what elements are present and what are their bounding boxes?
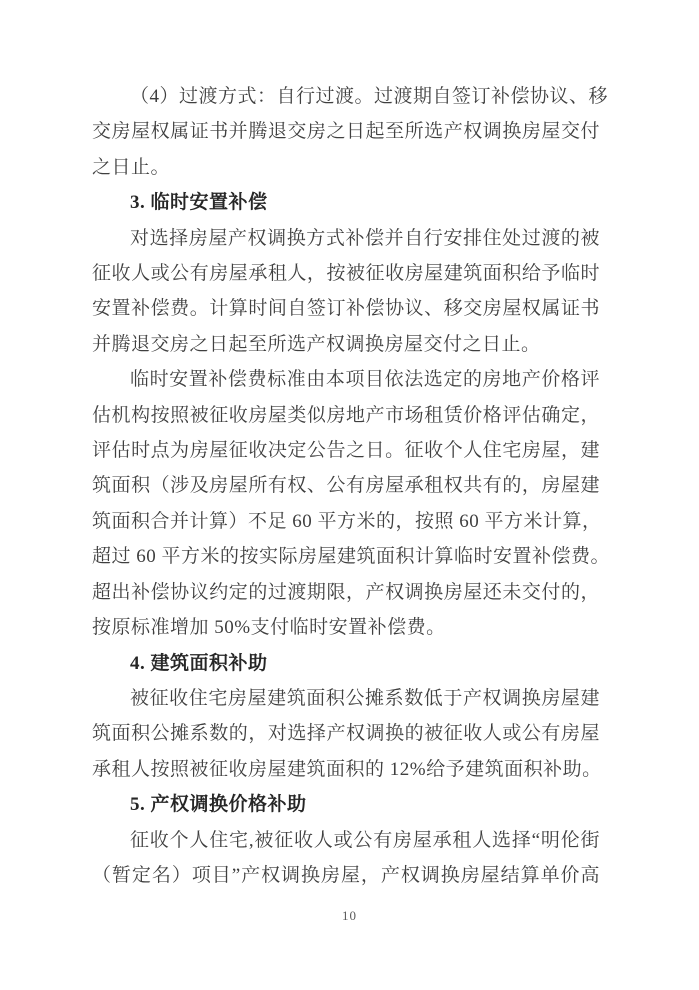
paragraph-line: 按原标准增加 50%支付临时安置补偿费。 — [92, 610, 600, 645]
paragraph-line: 承租人按照被征收房屋建筑面积的 12%给予建筑面积补助。 — [92, 752, 600, 787]
paragraph-line: 征收个人住宅,被征收人或公有房屋承租人选择“明伦街 — [92, 823, 600, 858]
paragraph: 临时安置补偿费标准由本项目依法选定的房地产价格评估机构按照被征收房屋类似房地产市… — [92, 362, 600, 645]
paragraph-line: 交房屋权属证书并腾退交房之日起至所选产权调换房屋交付 — [92, 114, 600, 149]
paragraph-line: 安置补偿费。计算时间自签订补偿协议、移交房屋权属证书 — [92, 291, 600, 326]
paragraph: 征收个人住宅,被征收人或公有房屋承租人选择“明伦街（暂定名）项目”产权调换房屋，… — [92, 823, 600, 894]
paragraph-line: 评估时点为房屋征收决定公告之日。征收个人住宅房屋，建 — [92, 433, 600, 468]
heading-line: 5. 产权调换价格补助 — [92, 787, 600, 822]
paragraph-line: 临时安置补偿费标准由本项目依法选定的房地产价格评 — [92, 362, 600, 397]
heading-line: 4. 建筑面积补助 — [92, 646, 600, 681]
paragraph: 被征收住宅房屋建筑面积公摊系数低于产权调换房屋建筑面积公摊系数的，对选择产权调换… — [92, 681, 600, 787]
paragraph-line: 之日止。 — [92, 150, 600, 185]
paragraph: 对选择房屋产权调换方式补偿并自行安排住处过渡的被征收人或公有房屋承租人，按被征收… — [92, 221, 600, 363]
paragraph-line: 对选择房屋产权调换方式补偿并自行安排住处过渡的被 — [92, 221, 600, 256]
paragraph-line: 超过 60 平方米的按实际房屋建筑面积计算临时安置补偿费。 — [92, 539, 600, 574]
paragraph-line: （4）过渡方式：自行过渡。过渡期自签订补偿协议、移 — [92, 79, 600, 114]
paragraph-line: 被征收住宅房屋建筑面积公摊系数低于产权调换房屋建 — [92, 681, 600, 716]
paragraph-line: 超出补偿协议约定的过渡期限，产权调换房屋还未交付的， — [92, 575, 600, 610]
paragraph-line: 筑面积（涉及房屋所有权、公有房屋承租权共有的，房屋建 — [92, 468, 600, 503]
section-heading: 5. 产权调换价格补助 — [92, 787, 600, 822]
paragraph-line: 征收人或公有房屋承租人，按被征收房屋建筑面积给予临时 — [92, 256, 600, 291]
paragraph-line: 筑面积合并计算）不足 60 平方米的，按照 60 平方米计算， — [92, 504, 600, 539]
paragraph-line: 筑面积公摊系数的，对选择产权调换的被征收人或公有房屋 — [92, 716, 600, 751]
document-page: （4）过渡方式：自行过渡。过渡期自签订补偿协议、移交房屋权属证书并腾退交房之日起… — [0, 0, 699, 990]
paragraph-line: （暂定名）项目”产权调换房屋，产权调换房屋结算单价高 — [92, 858, 600, 893]
paragraph-line: 估机构按照被征收房屋类似房地产市场租赁价格评估确定， — [92, 398, 600, 433]
text-column: （4）过渡方式：自行过渡。过渡期自签订补偿协议、移交房屋权属证书并腾退交房之日起… — [92, 79, 600, 893]
heading-line: 3. 临时安置补偿 — [92, 185, 600, 220]
section-heading: 3. 临时安置补偿 — [92, 185, 600, 220]
paragraph: （4）过渡方式：自行过渡。过渡期自签订补偿协议、移交房屋权属证书并腾退交房之日起… — [92, 79, 600, 185]
paragraph-line: 并腾退交房之日起至所选产权调换房屋交付之日止。 — [92, 327, 600, 362]
page-number: 10 — [0, 908, 699, 924]
section-heading: 4. 建筑面积补助 — [92, 646, 600, 681]
